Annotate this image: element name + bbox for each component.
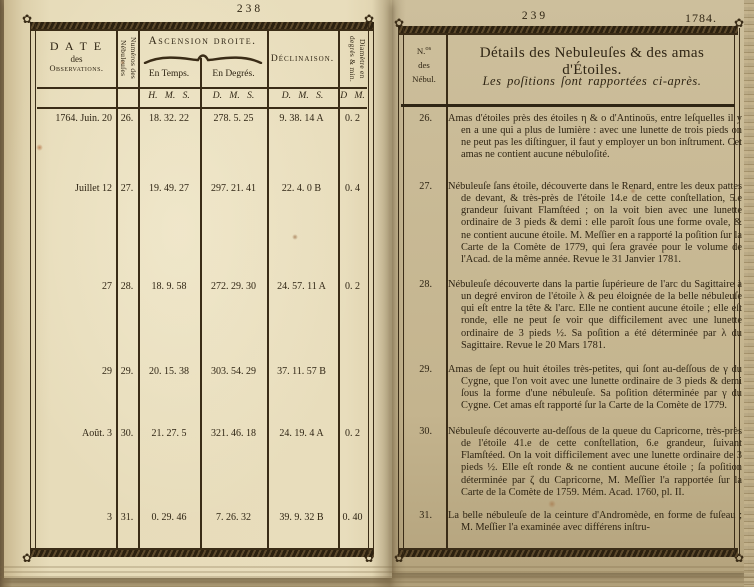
header-date-line1: D A T E	[37, 39, 116, 54]
book-gutter-shadow	[372, 0, 406, 587]
entry-text: La belle nébuleuſe de la ceinture d'Andr…	[448, 510, 742, 534]
cell-declinaison: 37. 11. 57 B	[265, 366, 338, 377]
table-row: Juillet 12 27. 19. 49. 27 297. 21. 41 22…	[37, 183, 367, 197]
cell-diametre: 0. 4	[338, 183, 367, 194]
page-bottom-edge	[0, 566, 754, 587]
entry-number: 28.	[406, 279, 432, 290]
cell-numero: 28.	[116, 281, 138, 292]
table-row: 29 29. 20. 15. 38 303. 54. 29 37. 11. 57…	[37, 366, 367, 380]
col-header-declinaison: Déclinaison.	[267, 54, 338, 64]
table-row: Août. 3 30. 21. 27. 5 321. 46. 18 24. 19…	[37, 428, 367, 442]
table-border-top	[30, 22, 374, 29]
entry-text: Amas d'étoiles près des étoiles η & ο d'…	[448, 113, 742, 162]
num-col-header-line2: des	[404, 58, 444, 72]
subheader-diametre: D M.	[338, 91, 367, 101]
entry-text: Nébuleuſe découverte dans la partie ſupé…	[448, 279, 742, 352]
cell-ascension-degres: 321. 46. 18	[200, 428, 267, 439]
paper-stain	[120, 60, 125, 65]
list-item: 26. Amas d'étoiles près des étoiles η & …	[392, 113, 748, 125]
table-row: 1764. Juin. 20 26. 18. 32. 22 278. 5. 25…	[37, 113, 367, 127]
paper-stain	[548, 500, 556, 508]
entry-number: 26.	[406, 113, 432, 124]
col-header-date: D A T E des Observations.	[37, 39, 116, 73]
entry-text: Nébuleuſe découverte au-deſſous de la qu…	[448, 426, 742, 499]
num-col-header-line1: N.os	[404, 42, 444, 58]
cell-declinaison: 22. 4. 0 B	[265, 183, 338, 194]
page-subtitle: Les poſitions ſont rapportées ci-après.	[452, 74, 732, 89]
cell-date: 3	[37, 512, 112, 523]
cell-ascension-temps: 18. 32. 22	[138, 113, 200, 124]
column-divider	[200, 58, 202, 549]
col-header-diametre: Diamètre en degrés & min.	[339, 31, 367, 86]
num-col-sup: os	[425, 45, 431, 52]
cell-numero: 30.	[116, 428, 138, 439]
cell-declinaison: 24. 19. 4 A	[265, 428, 338, 439]
header-numeros-line1: Numéros	[129, 37, 138, 66]
cell-date: Août. 3	[37, 428, 112, 439]
page-number: 239	[505, 10, 565, 22]
cell-diametre: 0. 40	[338, 512, 367, 523]
cell-diametre: 0. 2	[338, 428, 367, 439]
header-date-line2: des	[37, 54, 116, 64]
cell-ascension-degres: 297. 21. 41	[200, 183, 267, 194]
cell-ascension-temps: 18. 9. 58	[138, 281, 200, 292]
subheader-temps: H. M. S.	[138, 91, 200, 101]
cell-ascension-degres: 303. 54. 29	[200, 366, 267, 377]
cell-ascension-temps: 0. 29. 46	[138, 512, 200, 523]
entry-number: 31.	[406, 510, 432, 521]
cell-ascension-temps: 21. 27. 5	[138, 428, 200, 439]
cell-diametre: 0. 2	[338, 113, 367, 124]
paper-stain	[292, 234, 298, 240]
list-item: 30. Nébuleuſe découverte au-deſſous de l…	[392, 426, 748, 438]
entry-number: 27.	[406, 181, 432, 192]
paper-stain	[36, 144, 43, 151]
entry-text: Nébuleuſe ſans étoile, découverte dans l…	[448, 181, 742, 266]
year-label: 1784.	[685, 11, 717, 26]
list-item: 28. Nébuleuſe découverte dans la partie …	[392, 279, 748, 291]
list-item: 27. Nébuleuſe ſans étoile, découverte da…	[392, 181, 748, 193]
left-page: 238 ✿ ✿ ✿ ✿ D A T E des Observations. Nu…	[4, 0, 392, 578]
subheader-rule	[37, 107, 367, 109]
cell-date: 27	[37, 281, 112, 292]
cell-ascension-degres: 7. 26. 32	[200, 512, 267, 523]
col-header-ascension: Ascension droite.	[138, 35, 267, 47]
cell-date: Juillet 12	[37, 183, 112, 194]
page-number: 238	[220, 3, 280, 15]
cell-declinaison: 39. 9. 32 B	[265, 512, 338, 523]
cell-numero: 31.	[116, 512, 138, 523]
cell-ascension-temps: 19. 49. 27	[138, 183, 200, 194]
paper-stain	[630, 188, 636, 194]
table-border-left	[30, 24, 36, 554]
table-border-bottom	[30, 550, 374, 557]
cell-date: 29	[37, 366, 112, 377]
cell-declinaison: 9. 38. 14 A	[265, 113, 338, 124]
cell-date: 1764. Juin. 20	[37, 113, 112, 124]
cell-numero: 29.	[116, 366, 138, 377]
header-diametre-line2: degrés & min.	[348, 36, 357, 82]
cell-declinaison: 24. 57. 11 A	[265, 281, 338, 292]
cell-numero: 27.	[116, 183, 138, 194]
entry-number: 29.	[406, 364, 432, 375]
right-page: 239 1784. ✿ ✿ ✿ ✿ N.os des Nébul. Détail…	[392, 0, 748, 573]
col-header-en-temps: En Temps.	[138, 69, 200, 79]
num-col-header-line3: Nébul.	[404, 72, 444, 86]
title-rule	[401, 104, 735, 107]
subheader-declinaison: D. M. S.	[267, 91, 338, 101]
cell-numero: 26.	[116, 113, 138, 124]
subheader-degres: D. M. S.	[200, 91, 267, 101]
entry-number: 30.	[406, 426, 432, 437]
list-item: 31. La belle nébuleuſe de la ceinture d'…	[392, 510, 748, 522]
entry-text: Amas de ſept ou huit étoiles très-petite…	[448, 364, 742, 413]
cell-ascension-degres: 278. 5. 25	[200, 113, 267, 124]
page-border-bottom	[398, 550, 738, 557]
page-border-top	[398, 26, 738, 33]
col-header-en-degres: En Degrés.	[200, 69, 267, 79]
table-row: 3 31. 0. 29. 46 7. 26. 32 39. 9. 32 B 0.…	[37, 512, 367, 526]
header-date-line3: Observations.	[37, 64, 116, 73]
page-fore-edge	[744, 0, 754, 587]
cell-ascension-temps: 20. 15. 38	[138, 366, 200, 377]
header-rule	[37, 87, 367, 89]
cell-ascension-degres: 272. 29. 30	[200, 281, 267, 292]
num-col-header: N.os des Nébul.	[404, 42, 444, 86]
brace-icon	[143, 52, 263, 64]
observations-table: D A T E des Observations. Numéros des Né…	[37, 30, 367, 549]
col-header-numeros: Numéros des Nébuleuſes	[117, 31, 138, 86]
list-item: 29. Amas de ſept ou huit étoiles très-pe…	[392, 364, 748, 376]
header-diametre-line1: Diamètre en	[358, 39, 367, 79]
cell-diametre: 0. 2	[338, 281, 367, 292]
table-row: 27 28. 18. 9. 58 272. 29. 30 24. 57. 11 …	[37, 281, 367, 295]
